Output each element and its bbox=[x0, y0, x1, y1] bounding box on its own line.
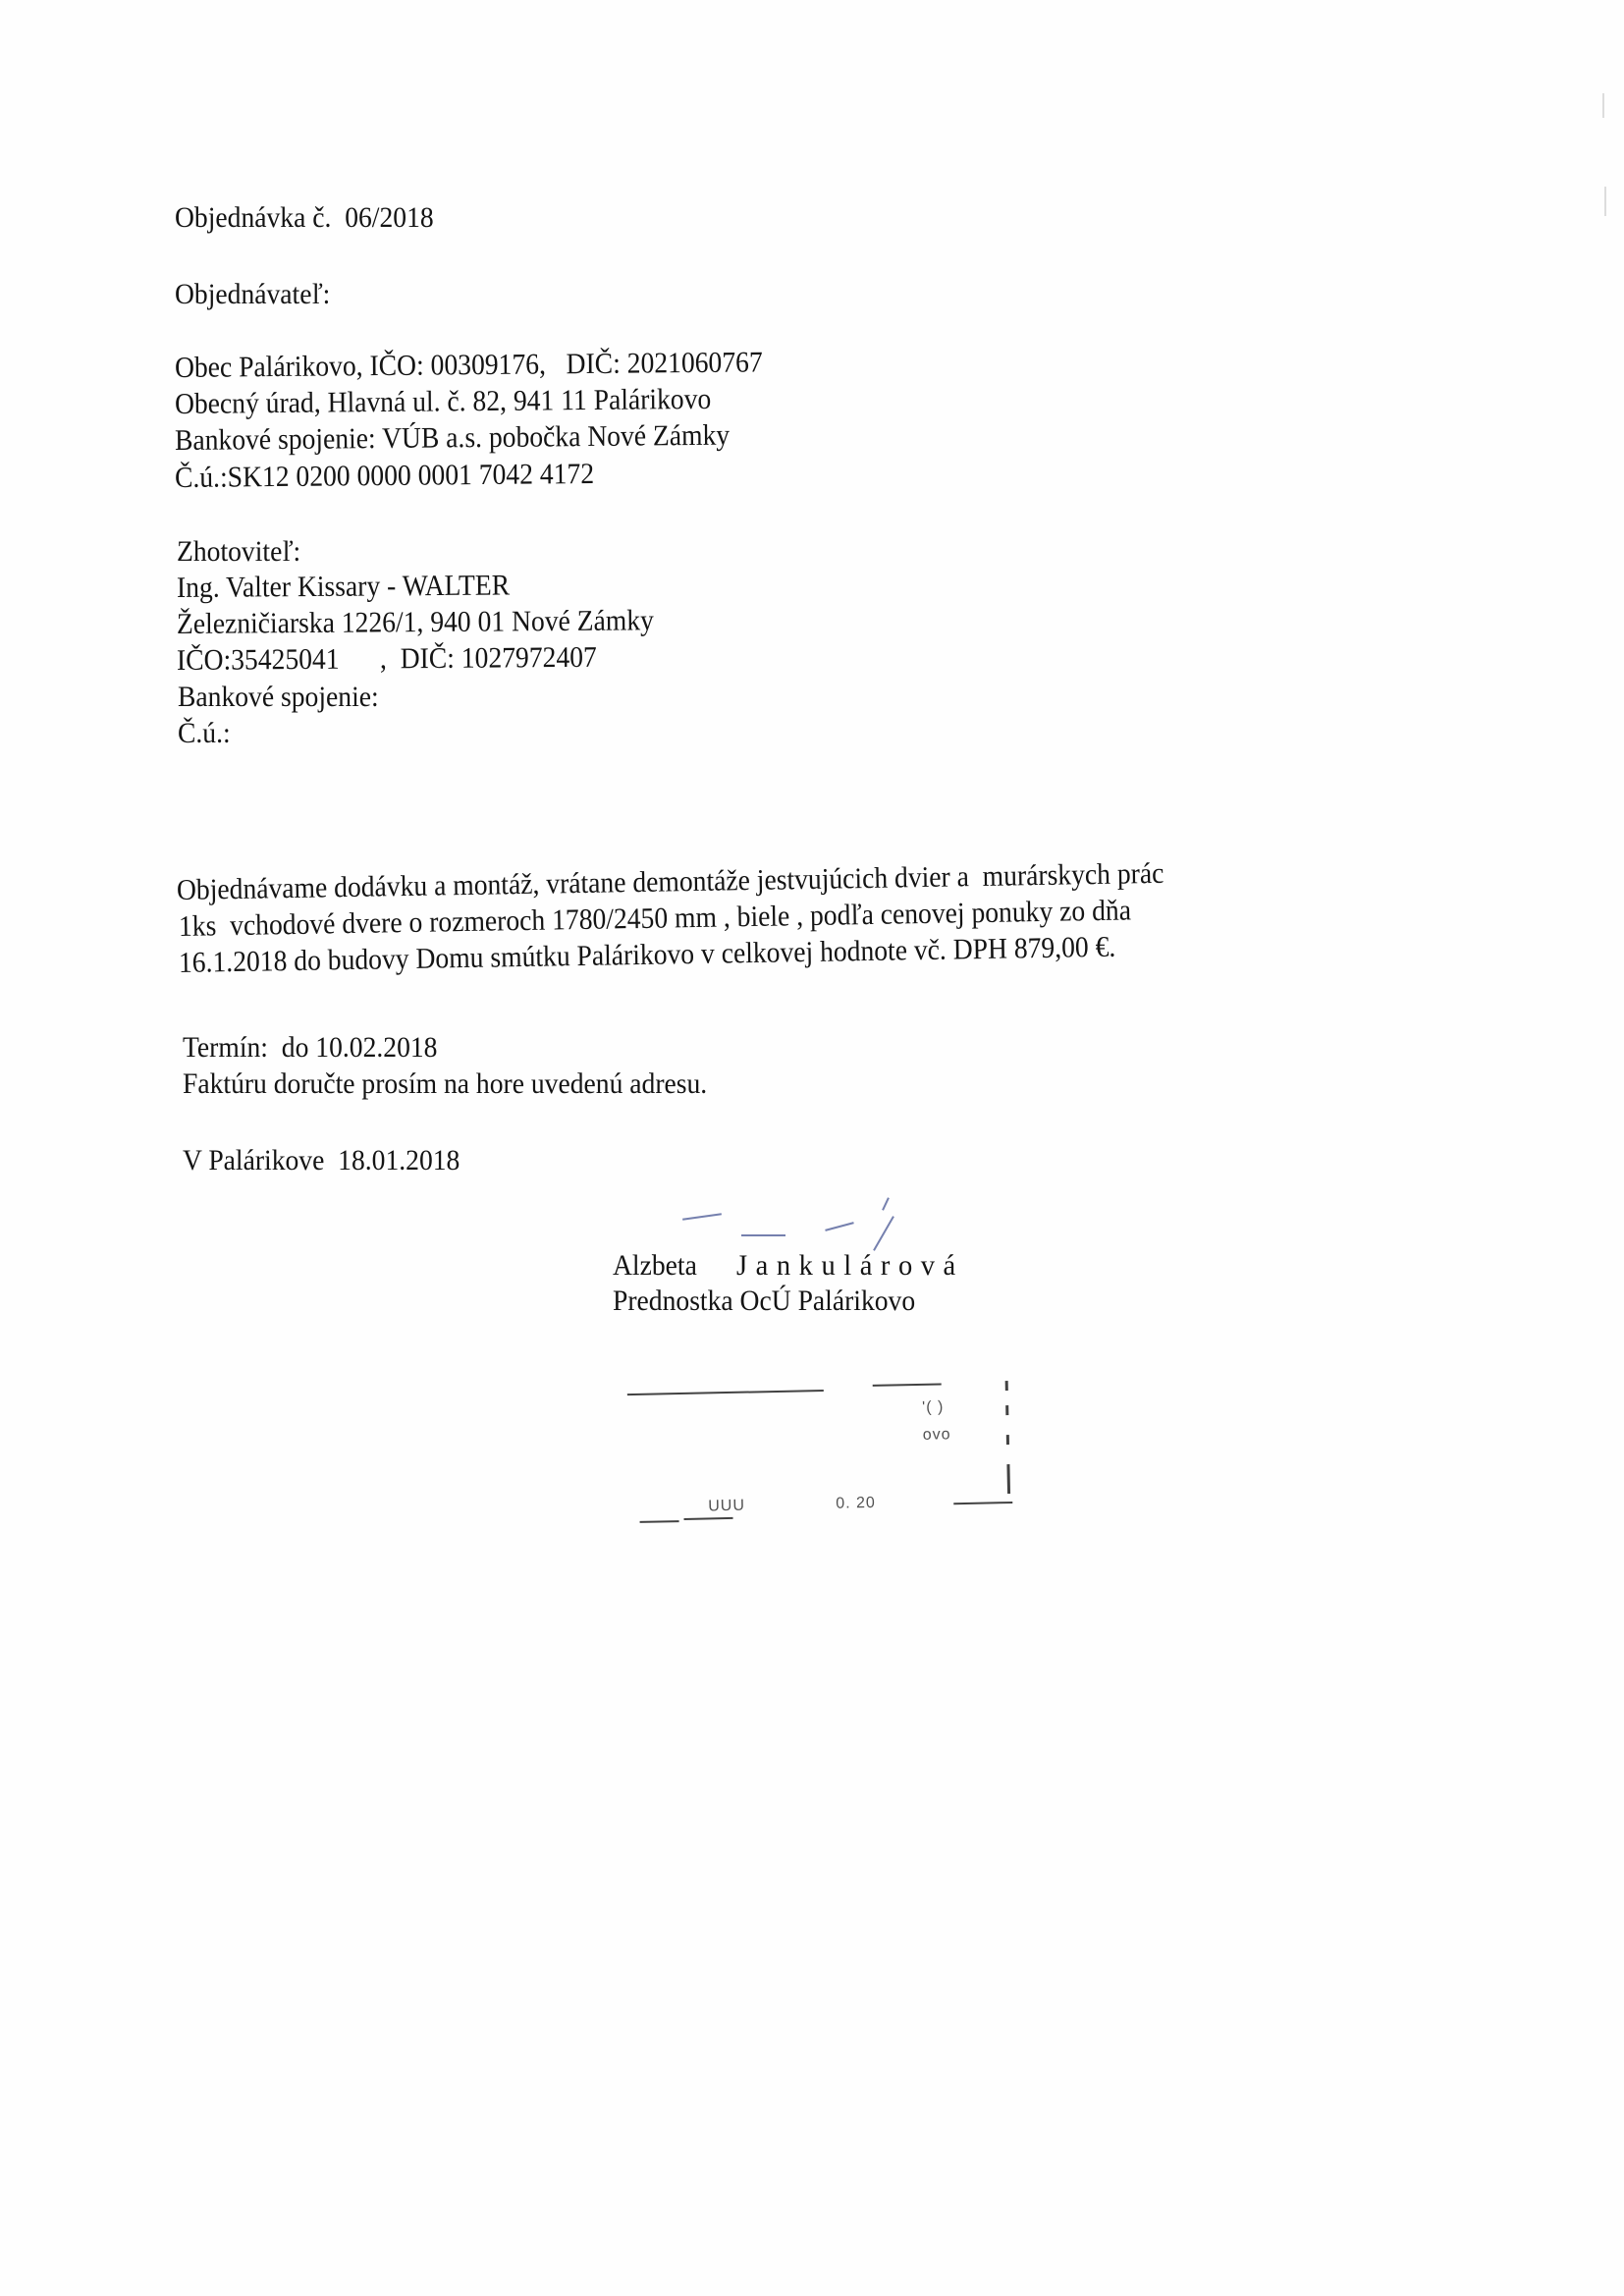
stamp-border-top bbox=[627, 1390, 824, 1395]
stamp-border-right bbox=[1005, 1381, 1008, 1391]
supplier-line-4: Bankové spojenie: bbox=[178, 681, 379, 714]
stamp-border-bottom bbox=[684, 1517, 733, 1520]
stamp-border-bottom bbox=[953, 1502, 1012, 1504]
stamp-text-fragment: 0. 20 bbox=[836, 1495, 876, 1513]
buyer-label: Objednávateľ: bbox=[175, 278, 330, 311]
supplier-label: Zhotoviteľ: bbox=[177, 535, 300, 569]
stamp-border-bottom bbox=[640, 1520, 679, 1523]
signatory-first-name: Alzbeta bbox=[613, 1249, 697, 1283]
signatory-role: Prednostka OcÚ Palárikovo bbox=[613, 1285, 915, 1318]
buyer-line-1: Obec Palárikovo, IČO: 00309176, DIČ: 202… bbox=[175, 346, 763, 385]
signatory-surname: Jankulárová bbox=[736, 1249, 964, 1283]
stamp-text-fragment: '( ) bbox=[922, 1398, 945, 1416]
supplier-line-5: Č.ú.: bbox=[178, 717, 231, 750]
official-stamp: '( ) ovo UUU 0. 20 bbox=[626, 1356, 1018, 1536]
scan-artifact bbox=[1604, 187, 1606, 216]
supplier-line-3: IČO:35425041 , DIČ: 1027972407 bbox=[177, 641, 597, 678]
invoice-note: Faktúru doručte prosím na hore uvedenú a… bbox=[183, 1067, 707, 1101]
supplier-line-1: Ing. Valter Kissary - WALTER bbox=[177, 569, 510, 605]
stamp-border-top bbox=[873, 1383, 942, 1386]
signature-stroke bbox=[825, 1222, 853, 1231]
place-date: V Palárikove 18.01.2018 bbox=[183, 1144, 460, 1177]
deadline: Termín: do 10.02.2018 bbox=[183, 1031, 437, 1065]
stamp-border-right bbox=[1006, 1464, 1010, 1494]
signature-stroke bbox=[873, 1216, 894, 1251]
stamp-text-fragment: ovo bbox=[923, 1426, 951, 1445]
buyer-line-3: Bankové spojenie: VÚB a.s. pobočka Nové … bbox=[175, 419, 730, 458]
stamp-border-right bbox=[1006, 1435, 1009, 1445]
scanned-order-document: Objednávka č. 06/2018 Objednávateľ: Obec… bbox=[0, 0, 1624, 2296]
stamp-border-right bbox=[1005, 1405, 1008, 1415]
supplier-line-2: Železničiarska 1226/1, 940 01 Nové Zámky bbox=[177, 604, 654, 641]
order-title: Objednávka č. 06/2018 bbox=[175, 201, 434, 235]
buyer-line-2: Obecný úrad, Hlavná ul. č. 82, 941 11 Pa… bbox=[175, 383, 712, 421]
stamp-text-fragment: UUU bbox=[708, 1498, 745, 1516]
scan-artifact bbox=[1602, 93, 1604, 118]
buyer-line-4: Č.ú.:SK12 0200 0000 0001 7042 4172 bbox=[175, 458, 594, 495]
signature-stroke bbox=[741, 1234, 785, 1236]
signature-stroke bbox=[882, 1197, 890, 1211]
signature-stroke bbox=[682, 1213, 722, 1221]
